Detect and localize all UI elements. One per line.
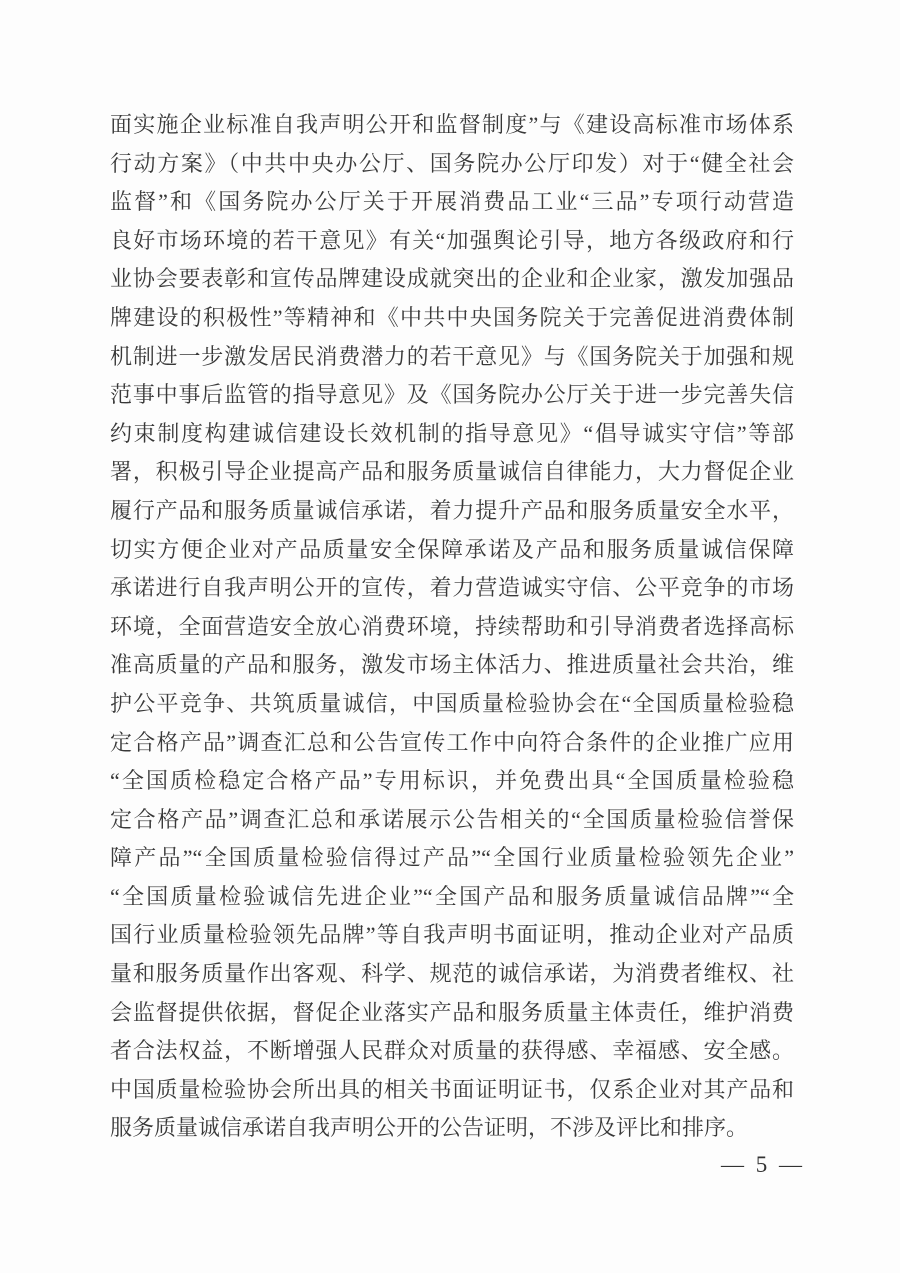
- text-line: “全国质量检验诚信先进企业”“全国产品和服务质量诚信品牌”“全: [110, 878, 794, 917]
- page-number: — 5 —: [721, 1152, 805, 1178]
- text-line: 定合格产品”调查汇总和公告宣传工作中向符合条件的企业推广应用: [110, 724, 794, 763]
- text-line: 范事中事后监管的指导意见》及《国务院办公厅关于进一步完善失信: [110, 376, 794, 415]
- text-line: 准高质量的产品和服务，激发市场主体活力、推进质量社会共治，维: [110, 646, 794, 685]
- text-line: 切实方便企业对产品质量安全保障承诺及产品和服务质量诚信保障: [110, 531, 794, 570]
- text-line: 者合法权益，不断增强人民群众对质量的获得感、幸福感、安全感。: [110, 1032, 794, 1071]
- text-line: 国行业质量检验领先品牌”等自我声明书面证明，推动企业对产品质: [110, 916, 794, 955]
- text-line: 量和服务质量作出客观、科学、规范的诚信承诺，为消费者维权、社: [110, 955, 794, 994]
- text-line: 约束制度构建诚信建设长效机制的指导意见》“倡导诚实守信”等部: [110, 415, 794, 454]
- text-line: 监督”和《国务院办公厅关于开展消费品工业“三品”专项行动营造: [110, 183, 794, 222]
- text-line: 署，积极引导企业提高产品和服务质量诚信自律能力，大力督促企业: [110, 453, 794, 492]
- text-line: 环境，全面营造安全放心消费环境，持续帮助和引导消费者选择高标: [110, 608, 794, 647]
- text-line: 障产品”“全国质量检验信得过产品”“全国行业质量检验领先企业”: [110, 839, 794, 878]
- text-line: “全国质检稳定合格产品”专用标识，并免费出具“全国质量检验稳: [110, 762, 794, 801]
- text-line: 行动方案》（中共中央办公厅、国务院办公厅印发）对于“健全社会: [110, 145, 794, 184]
- text-line: 承诺进行自我声明公开的宣传，着力营造诚实守信、公平竞争的市场: [110, 569, 794, 608]
- text-line: 中国质量检验协会所出具的相关书面证明证书，仅系企业对其产品和: [110, 1071, 794, 1110]
- text-line: 履行产品和服务质量诚信承诺，着力提升产品和服务质量安全水平，: [110, 492, 794, 531]
- text-line: 良好市场环境的若干意见》有关“加强舆论引导，地方各级政府和行: [110, 222, 794, 261]
- text-line: 牌建设的积极性”等精神和《中共中央国务院关于完善促进消费体制: [110, 299, 794, 338]
- text-line: 护公平竞争、共筑质量诚信，中国质量检验协会在“全国质量检验稳: [110, 685, 794, 724]
- text-line: 面实施企业标准自我声明公开和监督制度”与《建设高标准市场体系: [110, 106, 794, 145]
- text-line: 会监督提供依据，督促企业落实产品和服务质量主体责任，维护消费: [110, 994, 794, 1033]
- text-line: 服务质量诚信承诺自我声明公开的公告证明，不涉及评比和排序。: [110, 1109, 794, 1148]
- body-text: 面实施企业标准自我声明公开和监督制度”与《建设高标准市场体系 行动方案》（中共中…: [110, 106, 794, 1148]
- document-page: 面实施企业标准自我声明公开和监督制度”与《建设高标准市场体系 行动方案》（中共中…: [0, 0, 900, 1273]
- text-line: 定合格产品”调查汇总和承诺展示公告相关的“全国质量检验信誉保: [110, 801, 794, 840]
- text-line: 机制进一步激发居民消费潜力的若干意见》与《国务院关于加强和规: [110, 338, 794, 377]
- text-line: 业协会要表彰和宣传品牌建设成就突出的企业和企业家，激发加强品: [110, 260, 794, 299]
